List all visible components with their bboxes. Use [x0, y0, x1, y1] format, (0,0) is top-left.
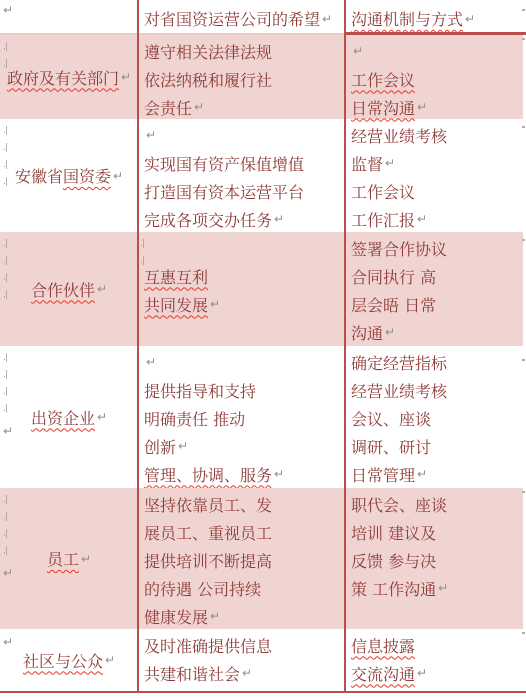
pilcrow-mark: ↵ [81, 553, 91, 565]
text-line: 签署合作协议 [345, 234, 523, 262]
text-line: 及时准确提供信息 [138, 631, 345, 659]
line-text: 共建和谐社会 [144, 662, 240, 685]
line-text: 日常管理 [351, 463, 415, 486]
line-text: 日常沟通 [351, 96, 415, 119]
table-row: .|.|.|.|↵员工↵坚持依靠员工、发展员工、重视员工提供培训不断提高的待遇 … [0, 488, 523, 629]
table-bottom-border [0, 691, 526, 693]
line-text: 的待遇 公司持续 [144, 577, 261, 600]
communication-cell: 签署合作协议合同执行 高层会晤 日常沟通↵ [345, 232, 523, 346]
stakeholder-cell: ↵社区与公众↵ [0, 629, 138, 691]
table-row: .|.|政府及有关部门↵遵守相关法律法规依法纳税和履行社会责任↵↵工作会议日常沟… [0, 35, 523, 119]
stakeholder-label-segment: 员工 [47, 547, 79, 570]
communication-cell: ↵工作会议日常沟通↵ [345, 35, 523, 119]
margin-mark [522, 491, 525, 493]
line-text: 监督 [351, 152, 383, 175]
pilcrow-mark: ↵ [210, 610, 220, 622]
pilcrow-mark: ↵ [113, 170, 123, 182]
stakeholder-label: 员工↵ [0, 488, 138, 629]
line-text: 交流沟通 [351, 662, 415, 685]
text-line: 坚持依靠员工、发 [138, 490, 345, 518]
table-row: .|.|.|.|↵出资企业↵↵提供指导和支持明确责任 推动创新↵管理、协调、服务… [0, 346, 523, 488]
line-text: 沟通 [351, 321, 383, 344]
stakeholder-label: 社区与公众↵ [0, 629, 138, 691]
text-line: 经营业绩考核 [345, 376, 523, 404]
margin-mark [522, 239, 525, 241]
text-line: 经营业绩考核 [345, 121, 523, 149]
communication-cell: 信息披露交流沟通↵ [345, 629, 523, 691]
expectation-cell: ↵提供指导和支持明确责任 推动创新↵管理、协调、服务↵ [138, 346, 345, 488]
column-divider-2 [344, 0, 346, 691]
text-line: 共同发展↵ [138, 290, 345, 318]
margin-mark [522, 126, 525, 128]
text-line: 的待遇 公司持续 [138, 574, 345, 602]
text-line: ↵ [138, 121, 345, 149]
text-line: 管理、协调、服务↵ [138, 460, 345, 488]
line-text: 经营业绩考核 [351, 124, 447, 147]
header-expectations-label: 对省国资运营公司的希望 [144, 7, 320, 30]
text-line: 工作会议 [345, 177, 523, 205]
text-line: 健康发展↵ [138, 602, 345, 630]
text-line: 信息披露 [345, 631, 523, 659]
text-line: 合同执行 高 [345, 262, 523, 290]
line-text: 展员工、重视员工 [144, 521, 272, 544]
line-text: 工作会议 [351, 180, 415, 203]
margin-mark [522, 38, 525, 40]
stakeholder-table: ↵ 对省国资运营公司的希望↵ 沟通机制与方式↵ .|.|政府及有关部门↵遵守相关… [0, 0, 526, 698]
stakeholder-label: 政府及有关部门↵ [0, 35, 138, 119]
text-line: 展员工、重视员工 [138, 518, 345, 546]
pilcrow-mark: ↵ [465, 13, 475, 25]
header-cell-communication: 沟通机制与方式↵ [345, 0, 523, 35]
paragraph-tick-mark: .| [140, 257, 144, 266]
pilcrow-mark: ↵ [438, 582, 448, 594]
line-text: 打造国有资本运营平台 [144, 180, 304, 203]
stakeholder-cell: .|.|.|.|↵员工↵ [0, 488, 138, 629]
stakeholder-cell: .|.|.|.|合作伙伴↵ [0, 232, 138, 346]
text-line: 层会晤 日常 [345, 290, 523, 318]
stakeholder-label-segment: 合作伙伴 [31, 278, 95, 301]
line-text: 互惠互利 [144, 265, 208, 288]
line-text: 经营业绩考核 [351, 379, 447, 402]
stakeholder-label-segment: 出资企业 [31, 406, 95, 429]
text-line [138, 234, 345, 262]
line-text: 遵守相关法律法规 [144, 40, 272, 63]
table-row: .|.|.|.|合作伙伴↵.|.|互惠互利共同发展↵签署合作协议合同执行 高层会… [0, 232, 523, 346]
line-text: 调研、研讨 [351, 435, 431, 458]
text-line: 共建和谐社会↵ [138, 659, 345, 687]
expectation-cell: .|.|互惠互利共同发展↵ [138, 232, 345, 346]
pilcrow-mark: ↵ [97, 283, 107, 295]
line-text: 合同执行 高 [351, 265, 436, 288]
line-text: 会责任 [144, 96, 192, 119]
stakeholder-label: 安徽省国资委↵ [0, 119, 138, 232]
text-line: 实现国有资产保值增值 [138, 149, 345, 177]
paragraph-tick-mark: .| [140, 240, 144, 249]
text-line: 会责任↵ [138, 93, 345, 121]
text-line: 遵守相关法律法规 [138, 37, 345, 65]
header-communication-label: 沟通机制与方式 [351, 7, 463, 30]
expectation-cell: ↵实现国有资产保值增值打造国有资本运营平台完成各项交办任务↵ [138, 119, 345, 232]
line-text: 管理、协调、服务 [144, 463, 272, 486]
pilcrow-mark: ↵ [417, 468, 427, 480]
text-line: 创新↵ [138, 432, 345, 460]
text-line: 策 工作沟通↵ [345, 574, 523, 602]
pilcrow-mark: ↵ [353, 45, 363, 57]
line-text: 会议、座谈 [351, 407, 431, 430]
pilcrow-mark: ↵ [194, 101, 204, 113]
line-text: 确定经营指标 [351, 351, 447, 374]
line-text: 提供培训不断提高 [144, 549, 272, 572]
pilcrow-mark: ↵ [417, 101, 427, 113]
communication-cell: 确定经营指标经营业绩考核会议、座谈调研、研讨日常管理↵ [345, 346, 523, 488]
text-line: 日常沟通↵ [345, 93, 523, 121]
expectation-cell: 坚持依靠员工、发展员工、重视员工提供培训不断提高的待遇 公司持续健康发展↵ [138, 488, 345, 629]
pilcrow-mark: ↵ [146, 129, 156, 141]
line-text: 创新 [144, 435, 176, 458]
text-line: ↵ [138, 348, 345, 376]
text-line: 沟通↵ [345, 318, 523, 346]
text-line: 监督↵ [345, 149, 523, 177]
pilcrow-mark: ↵ [242, 667, 252, 679]
line-text: 共同发展 [144, 293, 208, 316]
text-line: 提供培训不断提高 [138, 546, 345, 574]
pilcrow-mark: ↵ [121, 71, 131, 83]
pilcrow-mark: ↵ [105, 654, 115, 666]
text-line: 职代会、座谈 [345, 490, 523, 518]
text-line: 培训 建议及 [345, 518, 523, 546]
line-text: 工作汇报 [351, 208, 415, 231]
pilcrow-mark: ↵ [322, 13, 332, 25]
text-line: 提供指导和支持 [138, 376, 345, 404]
pilcrow-mark: ↵ [210, 298, 220, 310]
header-bottom-accent-border [345, 32, 526, 35]
pilcrow-mark: ↵ [385, 326, 395, 338]
line-text: 策 工作沟通 [351, 577, 436, 600]
pilcrow-mark: ↵ [97, 411, 107, 423]
pilcrow-mark: ↵ [274, 468, 284, 480]
stakeholder-cell: .|.|政府及有关部门↵ [0, 35, 138, 119]
margin-mark [522, 9, 525, 11]
line-text: 及时准确提供信息 [144, 634, 272, 657]
communication-cell: 经营业绩考核监督↵工作会议工作汇报↵ [345, 119, 523, 232]
line-text: 健康发展 [144, 605, 208, 628]
line-text: 坚持依靠员工、发 [144, 493, 272, 516]
line-text: 培训 建议及 [351, 521, 436, 544]
text-line: 工作会议 [345, 65, 523, 93]
pilcrow-mark: ↵ [417, 213, 427, 225]
stakeholder-cell: .|.|.|.|安徽省国资委↵ [0, 119, 138, 232]
text-line: 确定经营指标 [345, 348, 523, 376]
stakeholder-label: 合作伙伴↵ [0, 232, 138, 346]
pilcrow-mark: ↵ [178, 440, 188, 452]
line-text: 提供指导和支持 [144, 379, 256, 402]
table-row: ↵社区与公众↵及时准确提供信息共建和谐社会↵信息披露交流沟通↵ [0, 629, 523, 691]
text-line: 依法纳税和履行社 [138, 65, 345, 93]
text-line: 工作汇报↵ [345, 205, 523, 233]
stakeholder-label-segment: 安徽省 [15, 164, 63, 187]
expectation-cell: 及时准确提供信息共建和谐社会↵ [138, 629, 345, 691]
line-text: 依法纳税和履行社 [144, 68, 272, 91]
pilcrow-mark: ↵ [417, 667, 427, 679]
pilcrow-mark: ↵ [146, 356, 156, 368]
text-line: ↵ [345, 37, 523, 65]
pilcrow-mark: ↵ [385, 157, 395, 169]
header-row: ↵ 对省国资运营公司的希望↵ 沟通机制与方式↵ [0, 0, 523, 35]
stakeholder-label-segment: 国资委 [63, 164, 111, 187]
line-text: 签署合作协议 [351, 237, 447, 260]
column-divider-1 [137, 0, 139, 691]
text-line: 会议、座谈 [345, 404, 523, 432]
line-text: 工作会议 [351, 68, 415, 91]
pilcrow-mark: ↵ [3, 4, 13, 16]
text-line: 完成各项交办任务↵ [138, 205, 345, 233]
margin-mark [522, 359, 525, 361]
margin-mark [522, 632, 525, 634]
stakeholder-label: 出资企业↵ [0, 346, 138, 488]
header-cell-expectations: 对省国资运营公司的希望↵ [138, 0, 345, 35]
pilcrow-mark: ↵ [274, 213, 284, 225]
line-text: 明确责任 推动 [144, 407, 245, 430]
stakeholder-label-segment: 社区与公众 [23, 649, 103, 672]
text-line: 明确责任 推动 [138, 404, 345, 432]
line-text: 层会晤 日常 [351, 293, 436, 316]
header-bottom-light-border [0, 33, 345, 35]
table-row: .|.|.|.|安徽省国资委↵↵实现国有资产保值增值打造国有资本运营平台完成各项… [0, 119, 523, 232]
expectation-cell: 遵守相关法律法规依法纳税和履行社会责任↵ [138, 35, 345, 119]
text-line: 打造国有资本运营平台 [138, 177, 345, 205]
text-line: 反馈 参与决 [345, 546, 523, 574]
text-line: 日常管理↵ [345, 460, 523, 488]
stakeholder-label-segment: 政府及有关部门 [7, 66, 119, 89]
line-text: 职代会、座谈 [351, 493, 447, 516]
text-line: 互惠互利 [138, 262, 345, 290]
text-line: 交流沟通↵ [345, 659, 523, 687]
line-text: 完成各项交办任务 [144, 208, 272, 231]
line-text: 反馈 参与决 [351, 549, 436, 572]
line-text: 实现国有资产保值增值 [144, 152, 304, 175]
communication-cell: 职代会、座谈培训 建议及反馈 参与决策 工作沟通↵ [345, 488, 523, 629]
text-line: 调研、研讨 [345, 432, 523, 460]
stakeholder-cell: .|.|.|.|↵出资企业↵ [0, 346, 138, 488]
header-cell-stakeholder: ↵ [0, 0, 138, 35]
line-text: 信息披露 [351, 634, 415, 657]
